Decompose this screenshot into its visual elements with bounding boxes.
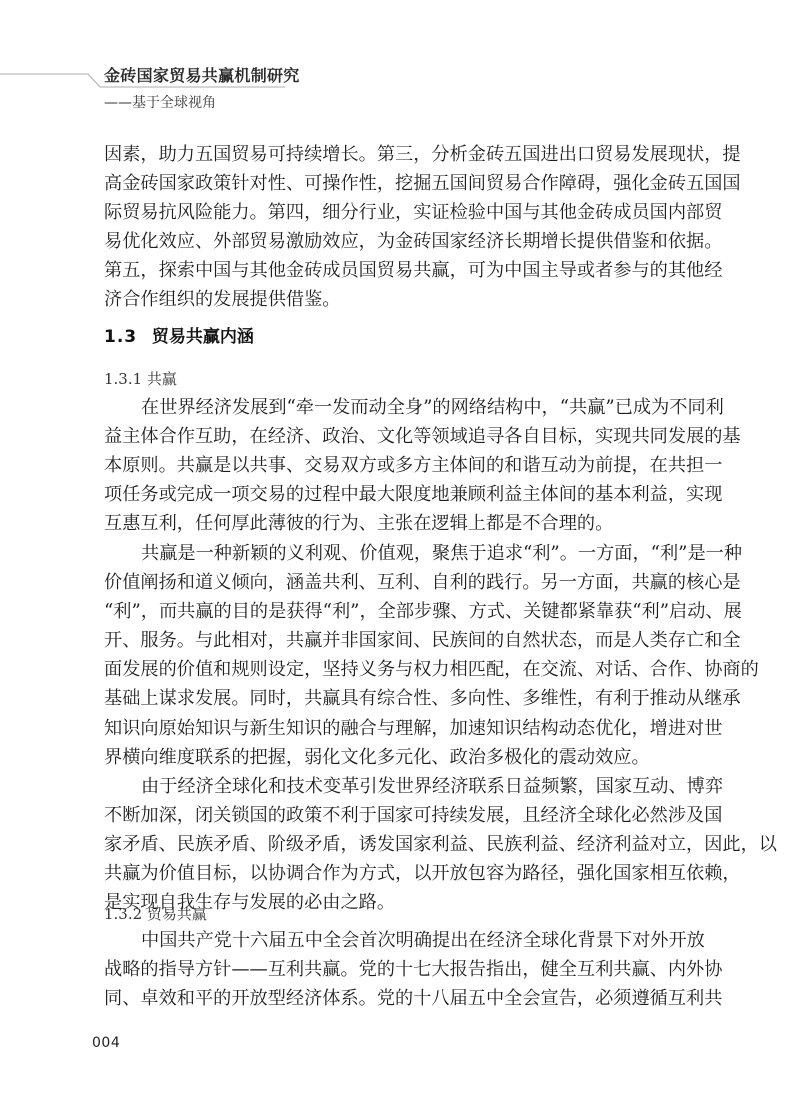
text-line: 易优化效应、外部贸易激励效应，为金砖国家经济长期增长提供借鉴和依据。: [104, 231, 696, 253]
text-line: 同、卓效和平的开放型经济体系。党的十八届五中全会宣告，必须遵循互利共: [104, 988, 696, 1010]
text-line: 家矛盾、民族矛盾、阶级矛盾，诱发国家利益、民族利益、经济利益对立，因此，以: [104, 834, 696, 856]
text-line: 中国共产党十六届五中全会首次明确提出在经济全球化背景下对外开放: [104, 930, 696, 952]
text-line: 济合作组织的发展提供借鉴。: [104, 289, 696, 311]
text-line: 不断加深，闭关锁国的政策不利于国家可持续发展，且经济全球化必然涉及国: [104, 805, 696, 827]
text-line: 价值阐扬和道义倾向，涵盖共利、互利、自利的践行。另一方面，共赢的核心是: [104, 572, 696, 594]
text-line: 共赢为价值目标，以协调合作为方式，以开放包容为路径，强化国家相互依赖，: [104, 863, 696, 885]
text-line: 基础上谋求发展。同时，共赢具有综合性、多向性、多维性，有利于推动从继承: [104, 688, 696, 710]
text-line: 开、服务。与此相对，共赢并非国家间、民族间的自然状态，而是人类存亡和全: [104, 630, 696, 652]
text-line: 际贸易抗风险能力。第四，细分行业，实证检验中国与其他金砖成员国内部贸: [104, 202, 696, 224]
text-line: 战略的指导方针——互利共赢。党的十七大报告指出，健全互利共赢、内外协: [104, 959, 696, 981]
text-line: 因素，助力五国贸易可持续增长。第三，分析金砖五国进出口贸易发展现状，提: [104, 144, 696, 166]
page-number: 004: [92, 1035, 120, 1051]
subsection-heading-1-3-1: 1.3.1 共赢: [104, 368, 177, 389]
text-line: 高金砖国家政策针对性、可操作性，挖掘五国间贸易合作障碍，强化金砖五国国: [104, 173, 696, 195]
running-header: 金砖国家贸易共赢机制研究 ——基于全球视角: [0, 0, 799, 120]
text-line: 界横向维度联系的把握，弱化文化多元化、政治多极化的震动效应。: [104, 747, 696, 769]
section-number: 1.3: [104, 327, 146, 347]
subsection-heading-1-3-2: 1.3.2 贸易共赢: [104, 903, 207, 924]
section-heading: 1.3 贸易共赢内涵: [104, 322, 254, 347]
text-line: “利”，而共赢的目的是获得“利”，全部步骤、方式、关键都紧靠获“利”启动、展: [104, 601, 696, 623]
running-header-subtitle: ——基于全球视角: [104, 92, 216, 112]
text-line: 互惠互利，任何厚此薄彼的行为、主张在逻辑上都是不合理的。: [104, 513, 696, 535]
text-line: 本原则。共赢是以共事、交易双方或多方主体间的和谐互动为前提，在共担一: [104, 455, 696, 477]
running-header-title: 金砖国家贸易共赢机制研究: [104, 63, 300, 86]
text-line: 面发展的价值和规则设定，坚持义务与权力相匹配，在交流、对话、合作、协商的: [104, 659, 696, 681]
text-line: 第五，探索中国与其他金砖成员国贸易共赢，可为中国主导或者参与的其他经: [104, 260, 696, 282]
text-line: 项任务或完成一项交易的过程中最大限度地兼顾利益主体间的基本利益，实现: [104, 484, 696, 506]
text-line: 共赢是一种新颖的义利观、价值观，聚焦于追求“利”。一方面，“利”是一种: [104, 543, 696, 565]
text-line: 在世界经济发展到“牵一发而动全身”的网络结构中，“共赢”已成为不同利: [104, 397, 696, 419]
text-line: 知识向原始知识与新生知识的融合与理解，加速知识结构动态优化，增进对世: [104, 718, 696, 740]
text-line: 益主体合作互助，在经济、政治、文化等领域追寻各自目标，实现共同发展的基: [104, 426, 696, 448]
section-title: 贸易共赢内涵: [152, 327, 254, 347]
text-line: 由于经济全球化和技术变革引发世界经济联系日益频繁，国家互动、博弈: [104, 776, 696, 798]
